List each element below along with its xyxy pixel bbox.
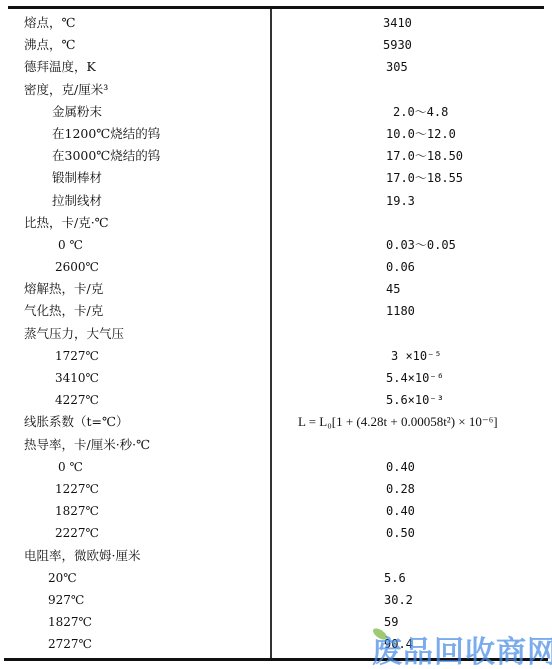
watermark: 废品回收商网 (372, 636, 552, 669)
table-row-density-forged-bar: 锻制棒材 17.0～18.55 (0, 167, 552, 189)
property-label: 2227℃ (55, 522, 99, 544)
property-value: 0.40 (386, 500, 415, 522)
table-row-thermal-conductivity-1827c: 1827℃ 0.40 (0, 500, 552, 522)
properties-table: 熔点，℃ 3410 沸点，℃ 5930 德拜温度，K 305 密度，克/厘米³ … (0, 12, 552, 655)
table-row-heat-of-vaporization: 气化热，卡/克 1180 (0, 300, 552, 322)
table-row-linear-expansion: 线胀系数（t=℃） L = L₀[1 + (4.28t + 0.00058t²)… (0, 411, 552, 433)
property-label: 电阻率，微欧姆·厘米 (24, 545, 140, 567)
property-label: 熔解热，卡/克 (24, 278, 103, 300)
property-value: 0.50 (386, 522, 415, 544)
table-row-density-sintered-1200: 在1200℃烧结的钨 10.0～12.0 (0, 123, 552, 145)
property-value: 0.06 (386, 256, 415, 278)
property-value: 10.0～12.0 (386, 123, 456, 145)
property-label: 20℃ (48, 567, 77, 589)
property-label: 在3000℃烧结的钨 (52, 145, 160, 167)
property-value: 0.40 (386, 456, 415, 478)
table-row-vapor-pressure-4227c: 4227℃ 5.6×10⁻³ (0, 389, 552, 411)
property-label: 1727℃ (55, 345, 99, 367)
property-value: 0.28 (386, 478, 415, 500)
property-value: 17.0～18.50 (386, 145, 463, 167)
property-label: 0 ℃ (58, 456, 83, 478)
table-row-thermal-conductivity-0c: 0 ℃ 0.40 (0, 456, 552, 478)
property-label: 密度，克/厘米³ (24, 79, 108, 101)
table-row-boiling-point: 沸点，℃ 5930 (0, 34, 552, 56)
property-label: 2600℃ (55, 256, 99, 278)
property-value: 5.6 (384, 567, 406, 589)
table-row-heat-of-fusion: 熔解热，卡/克 45 (0, 278, 552, 300)
property-label: 3410℃ (55, 367, 99, 389)
property-value: 1180 (386, 300, 415, 322)
table-row-resistivity-20c: 20℃ 5.6 (0, 567, 552, 589)
property-label: 1827℃ (48, 611, 92, 633)
property-label: 在1200℃烧结的钨 (52, 123, 160, 145)
property-label: 拉制线材 (52, 190, 102, 212)
property-value: 2.0～4.8 (393, 101, 448, 123)
table-row-resistivity-1827c: 1827℃ 59 (0, 611, 552, 633)
property-value: 305 (386, 56, 408, 78)
table-row-specific-heat-header: 比热，卡/克·℃ (0, 212, 552, 234)
property-label: 2727℃ (48, 633, 92, 655)
table-row-thermal-conductivity-header: 热导率，卡/厘米·秒·℃ (0, 434, 552, 456)
property-label: 4227℃ (55, 389, 99, 411)
table-row-vapor-pressure-1727c: 1727℃ 3 ×10⁻⁵ (0, 345, 552, 367)
property-label: 锻制棒材 (52, 167, 102, 189)
table-row-specific-heat-2600c: 2600℃ 0.06 (0, 256, 552, 278)
property-label: 1227℃ (55, 478, 99, 500)
property-label: 金属粉末 (52, 101, 102, 123)
property-label: 热导率，卡/厘米·秒·℃ (24, 434, 150, 456)
property-value: 30.2 (384, 589, 413, 611)
property-value: 45 (386, 278, 400, 300)
property-value: 3410 (383, 12, 412, 34)
property-label: 比热，卡/克·℃ (24, 212, 109, 234)
property-label: 德拜温度，K (24, 56, 96, 78)
property-value: 5.6×10⁻³ (386, 389, 444, 411)
table-row-debye-temperature: 德拜温度，K 305 (0, 56, 552, 78)
table-row-density-powder: 金属粉末 2.0～4.8 (0, 101, 552, 123)
table-row-density-drawn-wire: 拉制线材 19.3 (0, 190, 552, 212)
property-value: 19.3 (386, 190, 415, 212)
property-label: 熔点，℃ (24, 12, 75, 34)
property-label: 气化热，卡/克 (24, 300, 103, 322)
table-row-thermal-conductivity-2227c: 2227℃ 0.50 (0, 522, 552, 544)
property-value: 5.4×10⁻⁶ (386, 367, 444, 389)
property-label: 线胀系数（t=℃） (24, 411, 128, 433)
table-top-rule (8, 6, 544, 9)
property-value: 3 ×10⁻⁵ (391, 345, 442, 367)
property-label: 927℃ (48, 589, 84, 611)
property-label: 0 ℃ (58, 234, 83, 256)
property-label: 蒸气压力，大气压 (24, 323, 124, 345)
table-row-density-header: 密度，克/厘米³ (0, 79, 552, 101)
property-value: 59 (384, 611, 398, 633)
table-row-specific-heat-0c: 0 ℃ 0.03～0.05 (0, 234, 552, 256)
table-row-melting-point: 熔点，℃ 3410 (0, 12, 552, 34)
table-row-thermal-conductivity-1227c: 1227℃ 0.28 (0, 478, 552, 500)
property-value: 5930 (383, 34, 412, 56)
property-label: 沸点，℃ (24, 34, 75, 56)
table-row-resistivity-header: 电阻率，微欧姆·厘米 (0, 545, 552, 567)
table-row-vapor-pressure-header: 蒸气压力，大气压 (0, 323, 552, 345)
property-value: 17.0～18.55 (386, 167, 463, 189)
expansion-formula: L = L₀[1 + (4.28t + 0.00058t²) × 10⁻⁶] (298, 411, 498, 433)
table-row-resistivity-927c: 927℃ 30.2 (0, 589, 552, 611)
property-value: 0.03～0.05 (386, 234, 456, 256)
property-label: 1827℃ (55, 500, 99, 522)
table-row-density-sintered-3000: 在3000℃烧结的钨 17.0～18.50 (0, 145, 552, 167)
table-row-vapor-pressure-3410c: 3410℃ 5.4×10⁻⁶ (0, 367, 552, 389)
